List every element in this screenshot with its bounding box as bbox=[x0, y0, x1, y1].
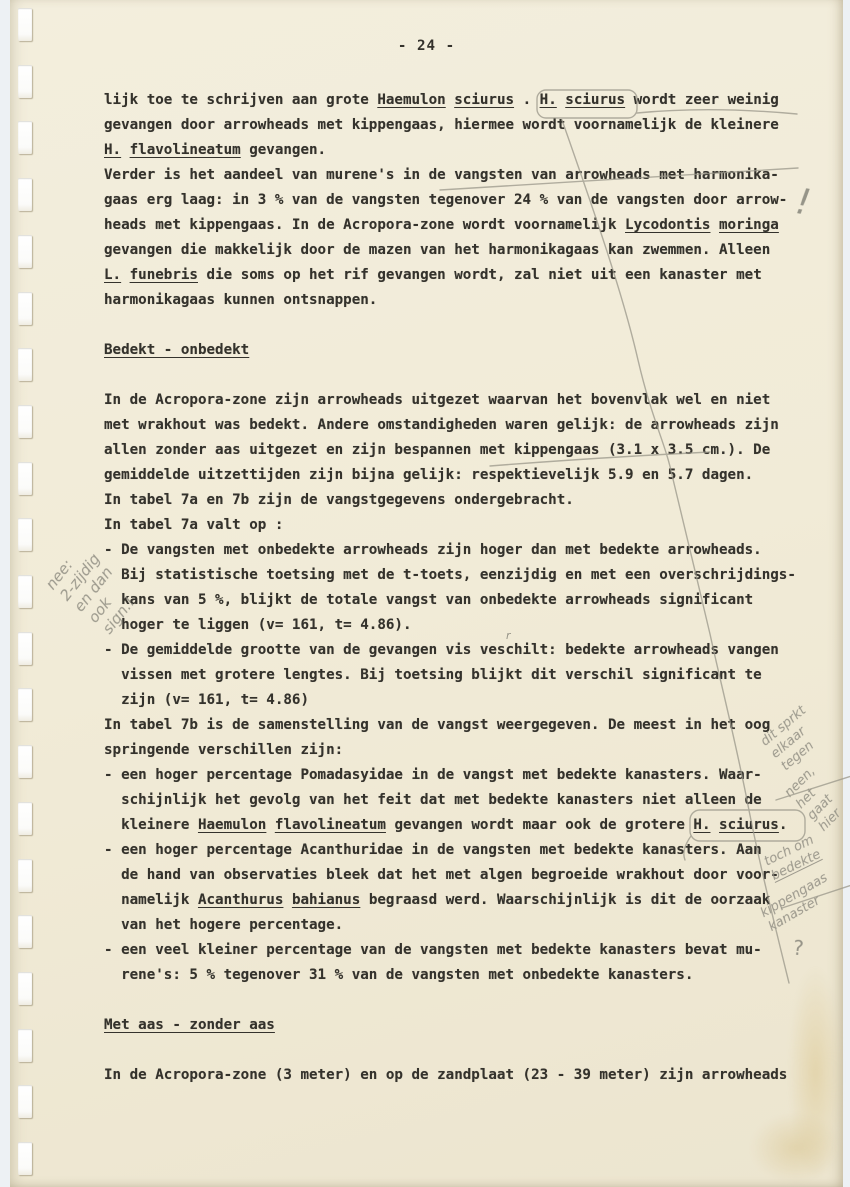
typed-line: harmonikagaas kunnen ontsnappen. bbox=[104, 288, 834, 313]
punch-hole bbox=[18, 1029, 32, 1062]
typed-line: schijnlijk het gevolg van het feit dat m… bbox=[104, 788, 834, 813]
typed-line: van het hogere percentage. bbox=[104, 913, 834, 938]
typed-line: - een hoger percentage Acanthuridae in d… bbox=[104, 838, 834, 863]
punch-hole bbox=[18, 292, 32, 325]
punch-hole bbox=[18, 121, 32, 154]
punch-hole bbox=[18, 688, 32, 721]
typed-line: hoger te liggen (v= 161, t= 4.86). bbox=[104, 613, 834, 638]
typed-line: - een hoger percentage Pomadasyidae in d… bbox=[104, 763, 834, 788]
typed-line bbox=[104, 313, 834, 338]
paper-sheet: - 24 - lijk toe te schrijven aan grote H… bbox=[10, 0, 843, 1187]
typed-line: In tabel 7b is de samenstelling van de v… bbox=[104, 713, 834, 738]
punch-hole bbox=[18, 235, 32, 268]
punch-hole bbox=[18, 802, 32, 835]
typed-line: met wrakhout was bedekt. Andere omstandi… bbox=[104, 413, 834, 438]
punch-hole bbox=[18, 1085, 32, 1118]
typed-line: gaas erg laag: in 3 % van de vangsten te… bbox=[104, 188, 834, 213]
typed-line: rene's: 5 % tegenover 31 % van de vangst… bbox=[104, 963, 834, 988]
typed-line: gevangen die makkelijk door de mazen van… bbox=[104, 238, 834, 263]
typed-line: In de Acropora-zone (3 meter) en op de z… bbox=[104, 1063, 834, 1088]
pencil-inserted-letter: r bbox=[506, 629, 511, 642]
typed-line: Bij statistische toetsing met de t-toets… bbox=[104, 563, 834, 588]
typed-line bbox=[104, 1038, 834, 1063]
typed-line: kleinere Haemulon flavolineatum gevangen… bbox=[104, 813, 834, 838]
typed-line: In de Acropora-zone zijn arrowheads uitg… bbox=[104, 388, 834, 413]
typed-line: kans van 5 %, blijkt de totale vangst va… bbox=[104, 588, 834, 613]
typed-line: gevangen door arrowheads met kippengaas,… bbox=[104, 113, 834, 138]
punch-hole bbox=[18, 575, 32, 608]
typed-text-body: lijk toe te schrijven aan grote Haemulon… bbox=[104, 88, 834, 1088]
typed-line: springende verschillen zijn: bbox=[104, 738, 834, 763]
punch-hole bbox=[18, 405, 32, 438]
punch-hole bbox=[18, 462, 32, 495]
typed-line: Met aas - zonder aas bbox=[104, 1013, 834, 1038]
typed-line: In tabel 7a valt op : bbox=[104, 513, 834, 538]
typed-line: de hand van observaties bleek dat het me… bbox=[104, 863, 834, 888]
typed-line: gemiddelde uitzettijden zijn bijna gelij… bbox=[104, 463, 834, 488]
typed-line: - een veel kleiner percentage van de van… bbox=[104, 938, 834, 963]
page-number: - 24 - bbox=[10, 38, 843, 54]
typed-line: H. flavolineatum gevangen. bbox=[104, 138, 834, 163]
typed-line: heads met kippengaas. In de Acropora-zon… bbox=[104, 213, 834, 238]
typed-line bbox=[104, 988, 834, 1013]
scanned-page: - 24 - lijk toe te schrijven aan grote H… bbox=[0, 0, 850, 1187]
punch-hole bbox=[18, 1142, 32, 1175]
punch-hole bbox=[18, 632, 32, 665]
punch-hole bbox=[18, 859, 32, 892]
typed-line bbox=[104, 363, 834, 388]
punch-hole bbox=[18, 745, 32, 778]
paper-stain bbox=[751, 1113, 841, 1183]
typed-line: namelijk Acanthurus bahianus begraasd we… bbox=[104, 888, 834, 913]
typed-line: - De gemiddelde grootte van de gevangen … bbox=[104, 638, 834, 663]
punch-hole bbox=[18, 972, 32, 1005]
punch-hole bbox=[18, 518, 32, 551]
typed-line: - De vangsten met onbedekte arrowheads z… bbox=[104, 538, 834, 563]
typed-line: Verder is het aandeel van murene's in de… bbox=[104, 163, 834, 188]
typed-line: vissen met grotere lengtes. Bij toetsing… bbox=[104, 663, 834, 688]
typed-line: zijn (v= 161, t= 4.86) bbox=[104, 688, 834, 713]
punch-hole bbox=[18, 915, 32, 948]
punch-hole bbox=[18, 8, 32, 41]
typed-line: L. funebris die soms op het rif gevangen… bbox=[104, 263, 834, 288]
typed-line: In tabel 7a en 7b zijn de vangstgegevens… bbox=[104, 488, 834, 513]
typed-line: Bedekt - onbedekt bbox=[104, 338, 834, 363]
typed-line: lijk toe te schrijven aan grote Haemulon… bbox=[104, 88, 834, 113]
punch-hole bbox=[18, 65, 32, 98]
punch-hole bbox=[18, 348, 32, 381]
typed-line: allen zonder aas uitgezet en zijn bespan… bbox=[104, 438, 834, 463]
punch-hole bbox=[18, 178, 32, 211]
